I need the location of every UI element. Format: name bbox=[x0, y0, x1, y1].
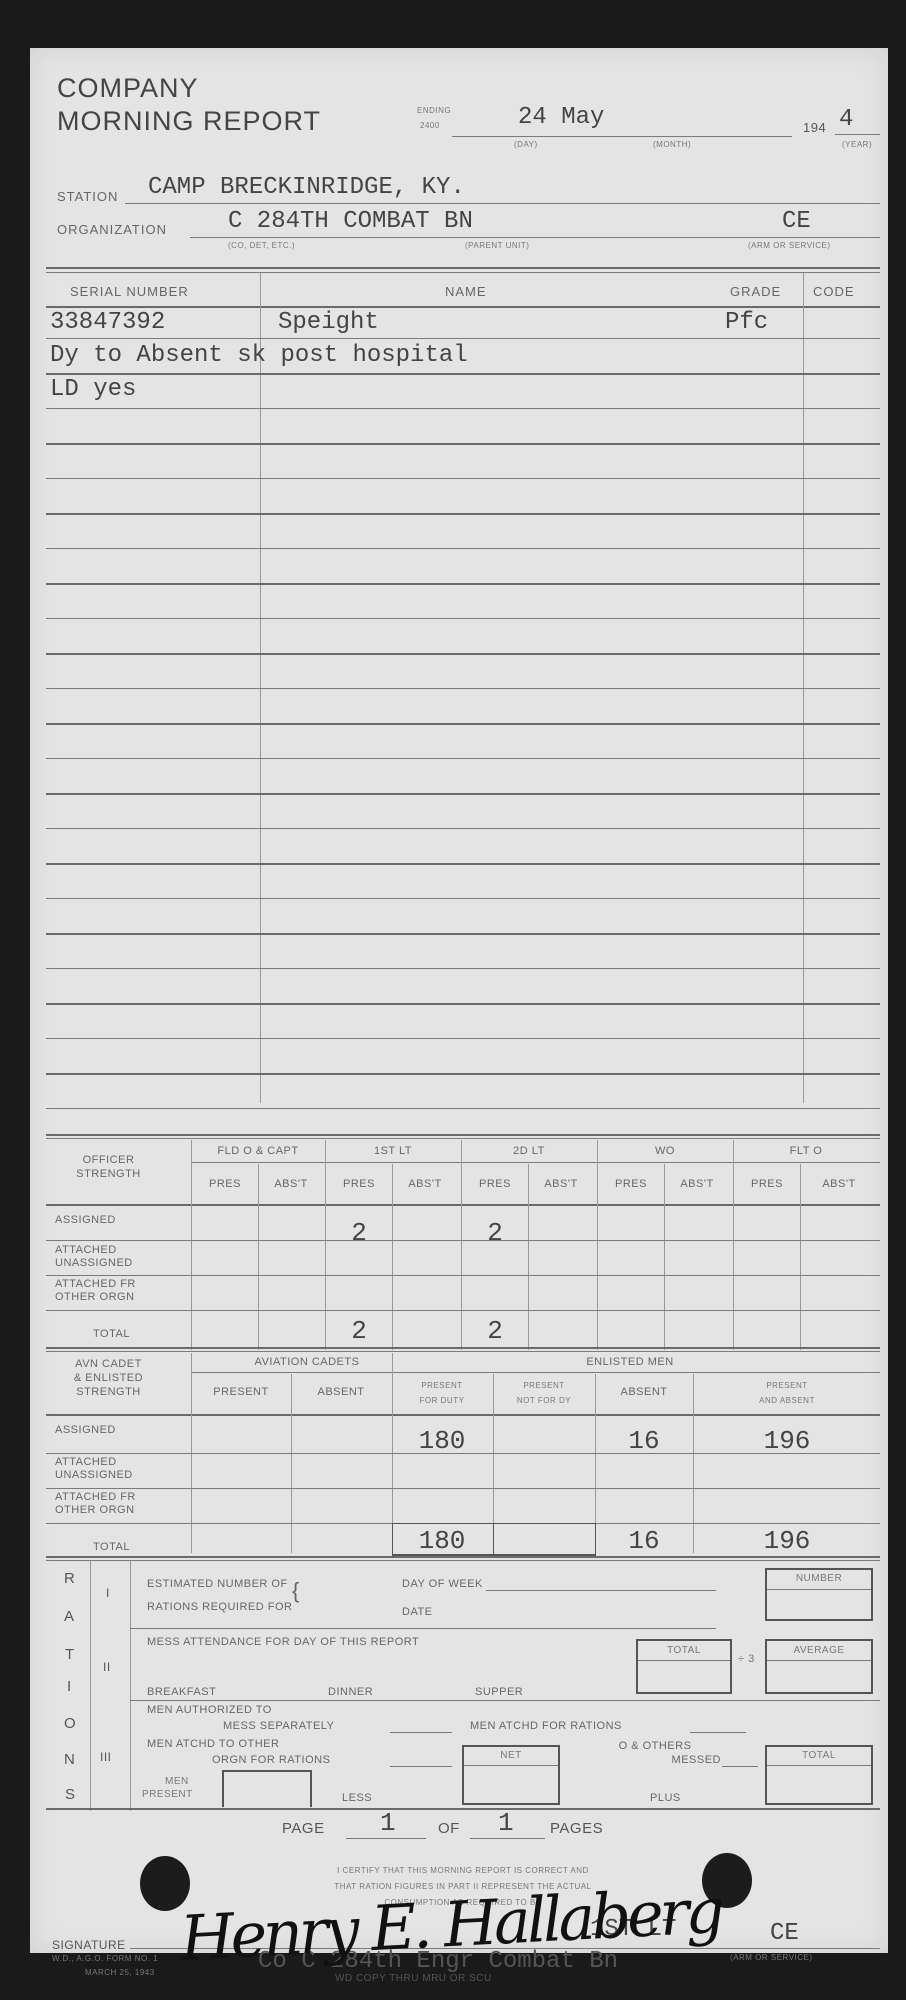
enlisted-row-attached: ATTACHED bbox=[55, 1456, 117, 1469]
subcol-abst: ABS'T bbox=[392, 1178, 458, 1190]
day-caption: (DAY) bbox=[514, 140, 538, 149]
rations-letter-a: A bbox=[64, 1608, 75, 1625]
subcol-abst: ABS'T bbox=[800, 1178, 878, 1190]
entry-serial: 33847392 bbox=[50, 309, 165, 336]
section-i-numeral: I bbox=[106, 1586, 110, 1600]
col-grade: GRADE bbox=[730, 284, 781, 299]
rations-letter-t: T bbox=[65, 1646, 75, 1663]
net-box-label: NET bbox=[462, 1750, 560, 1761]
supper-label: SUPPER bbox=[475, 1686, 523, 1699]
rations-letter-i: I bbox=[67, 1678, 72, 1695]
officer-row-total: TOTAL bbox=[93, 1328, 130, 1341]
form-date: MARCH 25, 1943 bbox=[85, 1968, 155, 1977]
organization-label: ORGANIZATION bbox=[57, 222, 167, 237]
station-label: STATION bbox=[57, 189, 118, 204]
col-present-not-1: PRESENT bbox=[494, 1381, 594, 1390]
col-pres-abs-1: PRESENT bbox=[694, 1381, 880, 1390]
officer-row-attached-fr: ATTACHED FR bbox=[55, 1278, 136, 1291]
enlisted-absent-assigned: 16 bbox=[596, 1426, 692, 1456]
officer-row-other-orgn: OTHER ORGN bbox=[55, 1291, 135, 1304]
subcol-pres: PRES bbox=[326, 1178, 392, 1190]
group-2d-lt: 2D LT bbox=[462, 1145, 596, 1157]
group-fld-o-capt: FLD O & CAPT bbox=[192, 1145, 324, 1157]
rations-letter-n: N bbox=[64, 1751, 75, 1768]
subcol-abst: ABS'T bbox=[664, 1178, 730, 1190]
col-cadet-absent: ABSENT bbox=[292, 1386, 390, 1398]
page-label: PAGE bbox=[282, 1820, 325, 1837]
org-caption-co: (CO, DET, ETC.) bbox=[228, 241, 295, 250]
station-value: CAMP BRECKINRIDGE, KY. bbox=[148, 174, 465, 201]
rations-letter-s: S bbox=[65, 1786, 76, 1803]
ending-time-label: 2400 bbox=[420, 121, 440, 130]
signature-label: SIGNATURE bbox=[52, 1938, 126, 1952]
plus-label: PLUS bbox=[650, 1792, 681, 1805]
officer-1st-lt-pres-total: 2 bbox=[326, 1316, 392, 1346]
enlisted-row-unassigned: UNASSIGNED bbox=[55, 1469, 133, 1482]
men-atchd-other-label-2: ORGN FOR RATIONS bbox=[212, 1754, 330, 1767]
total-iii-box-label: TOTAL bbox=[765, 1750, 873, 1761]
enlisted-row-other-orgn: OTHER ORGN bbox=[55, 1504, 135, 1517]
rations-letter-o: O bbox=[64, 1715, 76, 1732]
enlisted-pres-abs-assigned: 196 bbox=[694, 1426, 880, 1456]
certify-line-1: I CERTIFY THAT THIS MORNING REPORT IS CO… bbox=[258, 1866, 668, 1875]
average-box-label: AVERAGE bbox=[765, 1645, 873, 1656]
group-flt-o: FLT O bbox=[734, 1145, 878, 1157]
form-title-company: COMPANY bbox=[57, 73, 199, 103]
enlisted-absent-total: 16 bbox=[596, 1526, 692, 1556]
entry-grade: Pfc bbox=[725, 309, 768, 336]
form-title-morning-report: MORNING REPORT bbox=[57, 106, 321, 136]
men-authorized-label-1: MEN AUTHORIZED TO bbox=[147, 1704, 272, 1717]
org-caption-parent: (PARENT UNIT) bbox=[465, 241, 529, 250]
rations-letter-r: R bbox=[64, 1570, 75, 1587]
enlisted-pres-abs-total: 196 bbox=[694, 1526, 880, 1556]
entry-remark-2: LD yes bbox=[50, 376, 136, 403]
col-present-duty-1: PRESENT bbox=[392, 1381, 492, 1390]
group-1st-lt: 1ST LT bbox=[326, 1145, 460, 1157]
officer-row-unassigned: UNASSIGNED bbox=[55, 1257, 133, 1270]
total-pages: 1 bbox=[498, 1808, 514, 1838]
officer-2d-lt-pres-total: 2 bbox=[462, 1316, 528, 1346]
group-enlisted-men: ENLISTED MEN bbox=[530, 1356, 730, 1368]
men-authorized-label-2: MESS SEPARATELY bbox=[223, 1720, 334, 1733]
breakfast-label: BREAKFAST bbox=[147, 1686, 216, 1699]
form-number: W.D., A.G.O. FORM NO. 1 bbox=[52, 1954, 158, 1963]
men-atchd-other-label-1: MEN ATCHD TO OTHER bbox=[147, 1738, 279, 1751]
organization-value: C 284TH COMBAT BN bbox=[228, 208, 473, 235]
men-atchd-rations-label: MEN ATCHD FOR RATIONS bbox=[470, 1720, 622, 1733]
officer-strength-label-1: OFFICER bbox=[46, 1154, 171, 1166]
year-caption: (YEAR) bbox=[842, 140, 872, 149]
subcol-abst: ABS'T bbox=[258, 1178, 324, 1190]
enlisted-label-2: & ENLISTED bbox=[46, 1372, 171, 1384]
col-pres-abs-2: AND ABSENT bbox=[694, 1396, 880, 1405]
arm-caption: (ARM OR SERVICE) bbox=[748, 241, 831, 250]
enlisted-present-duty-total: 180 bbox=[392, 1526, 492, 1556]
less-label: LESS bbox=[342, 1792, 372, 1805]
divide-three-label: ÷ 3 bbox=[738, 1653, 758, 1665]
date-label: DATE bbox=[402, 1606, 433, 1619]
month-caption: (MONTH) bbox=[653, 140, 691, 149]
officer-1st-lt-pres-assigned: 2 bbox=[326, 1218, 392, 1248]
report-date: 24 May bbox=[518, 104, 604, 131]
pages-label: PAGES bbox=[550, 1820, 603, 1837]
subcol-pres: PRES bbox=[462, 1178, 528, 1190]
subcol-pres: PRES bbox=[192, 1178, 258, 1190]
group-aviation-cadets: AVIATION CADETS bbox=[192, 1356, 422, 1368]
men-present-label-2: PRESENT bbox=[142, 1789, 193, 1800]
wd-copy-note: WD COPY THRU MRU OR SCU bbox=[335, 1973, 492, 1984]
officer-strength-label-2: STRENGTH bbox=[46, 1168, 171, 1180]
enlisted-label-1: AVN CADET bbox=[46, 1358, 171, 1370]
section-iii-numeral: III bbox=[100, 1750, 112, 1764]
enlisted-row-total: TOTAL bbox=[93, 1541, 130, 1554]
section-ii-numeral: II bbox=[103, 1660, 111, 1674]
col-absent: ABSENT bbox=[596, 1386, 692, 1398]
col-serial-number: SERIAL NUMBER bbox=[70, 284, 189, 299]
men-present-label-1: MEN bbox=[165, 1776, 189, 1787]
section-i-text-1: ESTIMATED NUMBER OF bbox=[147, 1578, 288, 1591]
o-others-label-2: MESSED bbox=[616, 1754, 721, 1767]
of-label: OF bbox=[438, 1820, 460, 1837]
subcol-abst: ABS'T bbox=[528, 1178, 594, 1190]
arm-of-service-value: CE bbox=[782, 208, 811, 235]
dinner-label: DINNER bbox=[328, 1686, 373, 1699]
col-present-duty-2: FOR DUTY bbox=[392, 1396, 492, 1405]
enlisted-row-assigned: ASSIGNED bbox=[55, 1424, 116, 1437]
total-box-label: TOTAL bbox=[636, 1645, 732, 1656]
report-year: 4 bbox=[839, 106, 853, 133]
signer-service: CE bbox=[770, 1920, 799, 1947]
service-caption: (ARM OR SERVICE) bbox=[730, 1953, 813, 1962]
col-name: NAME bbox=[445, 284, 487, 299]
col-code: CODE bbox=[813, 284, 855, 299]
enlisted-row-attached-fr: ATTACHED FR bbox=[55, 1491, 136, 1504]
subcol-pres: PRES bbox=[598, 1178, 664, 1190]
morning-report-form: COMPANY MORNING REPORT ENDING 2400 24 Ma… bbox=[30, 48, 888, 1953]
col-present-not-2: NOT FOR DY bbox=[494, 1396, 594, 1405]
year-prefix: 194 bbox=[803, 120, 826, 135]
officer-row-assigned: ASSIGNED bbox=[55, 1214, 116, 1227]
col-cadet-present: PRESENT bbox=[192, 1386, 290, 1398]
ending-label: ENDING bbox=[417, 106, 451, 115]
entry-remark-1: Dy to Absent sk post hospital bbox=[50, 342, 468, 369]
section-i-text-2: RATIONS REQUIRED FOR bbox=[147, 1601, 292, 1614]
day-of-week-label: DAY OF WEEK bbox=[402, 1578, 483, 1591]
number-box-label: NUMBER bbox=[765, 1573, 873, 1584]
group-wo: WO bbox=[598, 1145, 732, 1157]
officer-2d-lt-pres-assigned: 2 bbox=[462, 1218, 528, 1248]
mess-attendance-label: MESS ATTENDANCE FOR DAY OF THIS REPORT bbox=[147, 1636, 419, 1649]
officer-row-attached: ATTACHED bbox=[55, 1244, 117, 1257]
page-number: 1 bbox=[380, 1808, 396, 1838]
subcol-pres: PRES bbox=[734, 1178, 800, 1190]
enlisted-label-3: STRENGTH bbox=[46, 1386, 171, 1398]
o-others-label-1: O & OTHERS bbox=[590, 1740, 720, 1753]
enlisted-present-duty-assigned: 180 bbox=[392, 1426, 492, 1456]
entry-name: Speight bbox=[278, 309, 379, 336]
